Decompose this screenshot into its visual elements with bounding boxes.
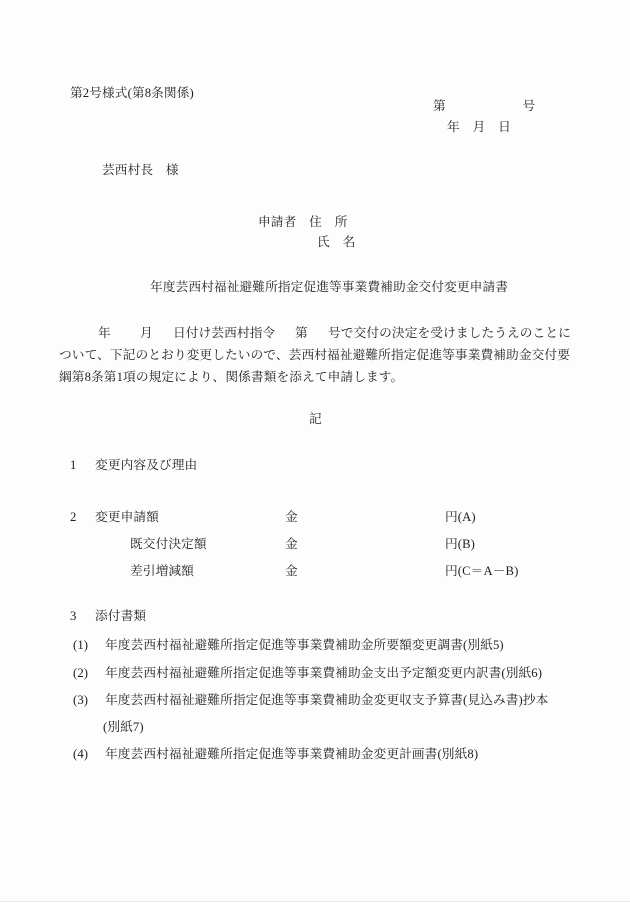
body-paragraph-line-3: 綱第8条第1項の規定により、関係書類を添えて申請します。 [59, 370, 403, 385]
body-line1-rest: 号で交付の決定を受けましたうえのことに [328, 326, 571, 341]
body-year-label: 年 [98, 326, 111, 341]
applicant-address-line: 申請者 住 所 [258, 215, 348, 230]
amount-row-currency: 金 [285, 510, 298, 525]
amount-row-label: 既交付決定額 [130, 537, 207, 552]
body-month-label: 月 [140, 326, 153, 341]
amount-row-unit: 円(B) [445, 537, 475, 552]
document-title: 年度芸西村福祉避難所指定促進等事業費補助金交付変更申請書 [150, 280, 508, 295]
page-bottom-edge [0, 901, 630, 902]
amount-row-unit: 円(A) [445, 510, 476, 525]
body-paragraph-line-2: ついて、下記のとおり変更したいので、芸西村福祉避難所指定促進等事業費補助金交付要 [59, 348, 570, 363]
section-3-number: 3 [70, 609, 76, 624]
body-number-prefix: 第 [295, 326, 308, 341]
amount-row-currency: 金 [285, 564, 298, 579]
document-page: 第2号様式(第8条関係) 第 号 年 月 日 芸西村長 様 申請者 住 所 氏 … [0, 0, 630, 903]
amount-row-label: 差引増減額 [130, 564, 194, 579]
body-directive-label: 日付け芸西村指令 [173, 326, 275, 341]
attachment-text: 年度芸西村福祉避難所指定促進等事業費補助金変更計画書(別紙8) [105, 747, 478, 762]
attachment-marker: (3) [73, 693, 88, 708]
form-number: 第2号様式(第8条関係) [70, 86, 194, 101]
attachment-text: 年度芸西村福祉避難所指定促進等事業費補助金変更収支予算書(見込み書)抄本 [105, 693, 548, 708]
document-number: 第 号 [433, 99, 535, 114]
applicant-name-line: 氏 名 [317, 235, 355, 250]
addressee: 芸西村長 様 [102, 163, 179, 178]
ki-marker: 記 [309, 412, 322, 427]
attachment-text: 年度芸西村福祉避難所指定促進等事業費補助金所要額変更調書(別紙5) [105, 638, 504, 653]
attachment-marker: (4) [73, 747, 88, 762]
amount-row-label: 変更申請額 [95, 510, 159, 525]
section-1-label: 変更内容及び理由 [95, 458, 197, 473]
attachment-marker: (1) [73, 638, 88, 653]
section-2-number: 2 [70, 510, 76, 525]
section-3-label: 添付書類 [95, 609, 146, 624]
amount-row-currency: 金 [285, 537, 298, 552]
section-1-number: 1 [70, 458, 76, 473]
attachment-text: (別紙7) [103, 720, 144, 735]
attachment-marker: (2) [73, 666, 88, 681]
date-line: 年 月 日 [447, 120, 511, 135]
amount-row-unit: 円(C＝A－B) [445, 564, 518, 579]
attachment-text: 年度芸西村福祉避難所指定促進等事業費補助金支出予定額変更内訳書(別紙6) [105, 666, 542, 681]
